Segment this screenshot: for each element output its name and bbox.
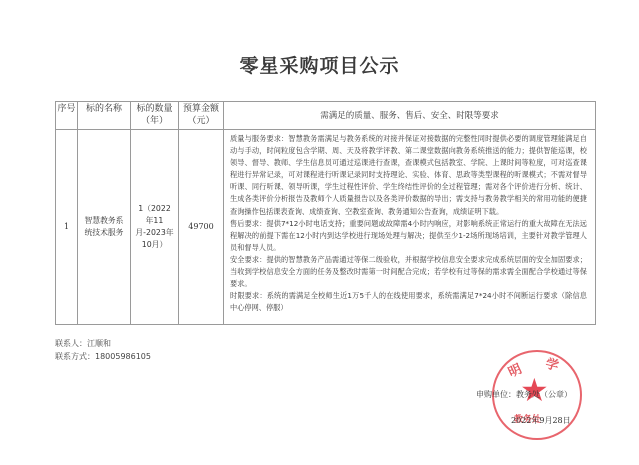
procurement-table: 序号 标的名称 标的数量（年） 预算金额（元） 需满足的质量、服务、售后、安全、… <box>55 101 596 325</box>
requirement-time-limit: 时限要求：系统的需满足全校师生近1万5千人的在线使用要求，系统需满足7*24小时… <box>230 290 587 314</box>
requirement-security: 安全要求：提供的智慧教务产品需通过等保二级验收，并根据学校信息安全要求完成系统层… <box>230 254 587 290</box>
header-index: 序号 <box>56 102 78 130</box>
contact-person-label: 联系人： <box>55 339 87 348</box>
document-title: 零星采购项目公示 <box>0 51 639 78</box>
contact-person: 联系人：江顺和 <box>55 338 111 349</box>
cell-requirements: 质量与服务要求：智慧教务需满足与教务系统的对接并保证对接数据的完整性同时提供必要… <box>224 130 596 325</box>
issuer-line: 申购单位：教务处（公章） <box>476 389 572 400</box>
table-header-row: 序号 标的名称 标的数量（年） 预算金额（元） 需满足的质量、服务、售后、安全、… <box>56 102 596 130</box>
table-row: 1 智慧教务系统技术服务 1（2022年11月-2023年10月） 49700 … <box>56 130 596 325</box>
contact-phone-number: 18005986105 <box>95 352 151 361</box>
requirement-after-sales: 售后要求：提供7*12小时电话支持；重要问题或故障需4小时内响应，对影响系统正常… <box>230 218 587 254</box>
requirement-quality-service: 质量与服务要求：智慧教务需满足与教务系统的对接并保证对接数据的完整性同时提供必要… <box>230 133 587 218</box>
contact-phone: 联系方式：18005986105 <box>55 351 151 362</box>
cell-name: 智慧教务系统技术服务 <box>78 130 131 325</box>
header-requirements: 需满足的质量、服务、售后、安全、时限等要求 <box>224 102 596 130</box>
contact-person-name: 江顺和 <box>87 339 111 348</box>
header-quantity: 标的数量（年） <box>131 102 179 130</box>
cell-quantity: 1（2022年11月-2023年10月） <box>131 130 179 325</box>
cell-budget: 49700 <box>179 130 224 325</box>
signature-date: 2022年9月28日 <box>511 415 571 426</box>
contact-phone-label: 联系方式： <box>55 352 95 361</box>
cell-index: 1 <box>56 130 78 325</box>
header-budget: 预算金额（元） <box>179 102 224 130</box>
header-name: 标的名称 <box>78 102 131 130</box>
